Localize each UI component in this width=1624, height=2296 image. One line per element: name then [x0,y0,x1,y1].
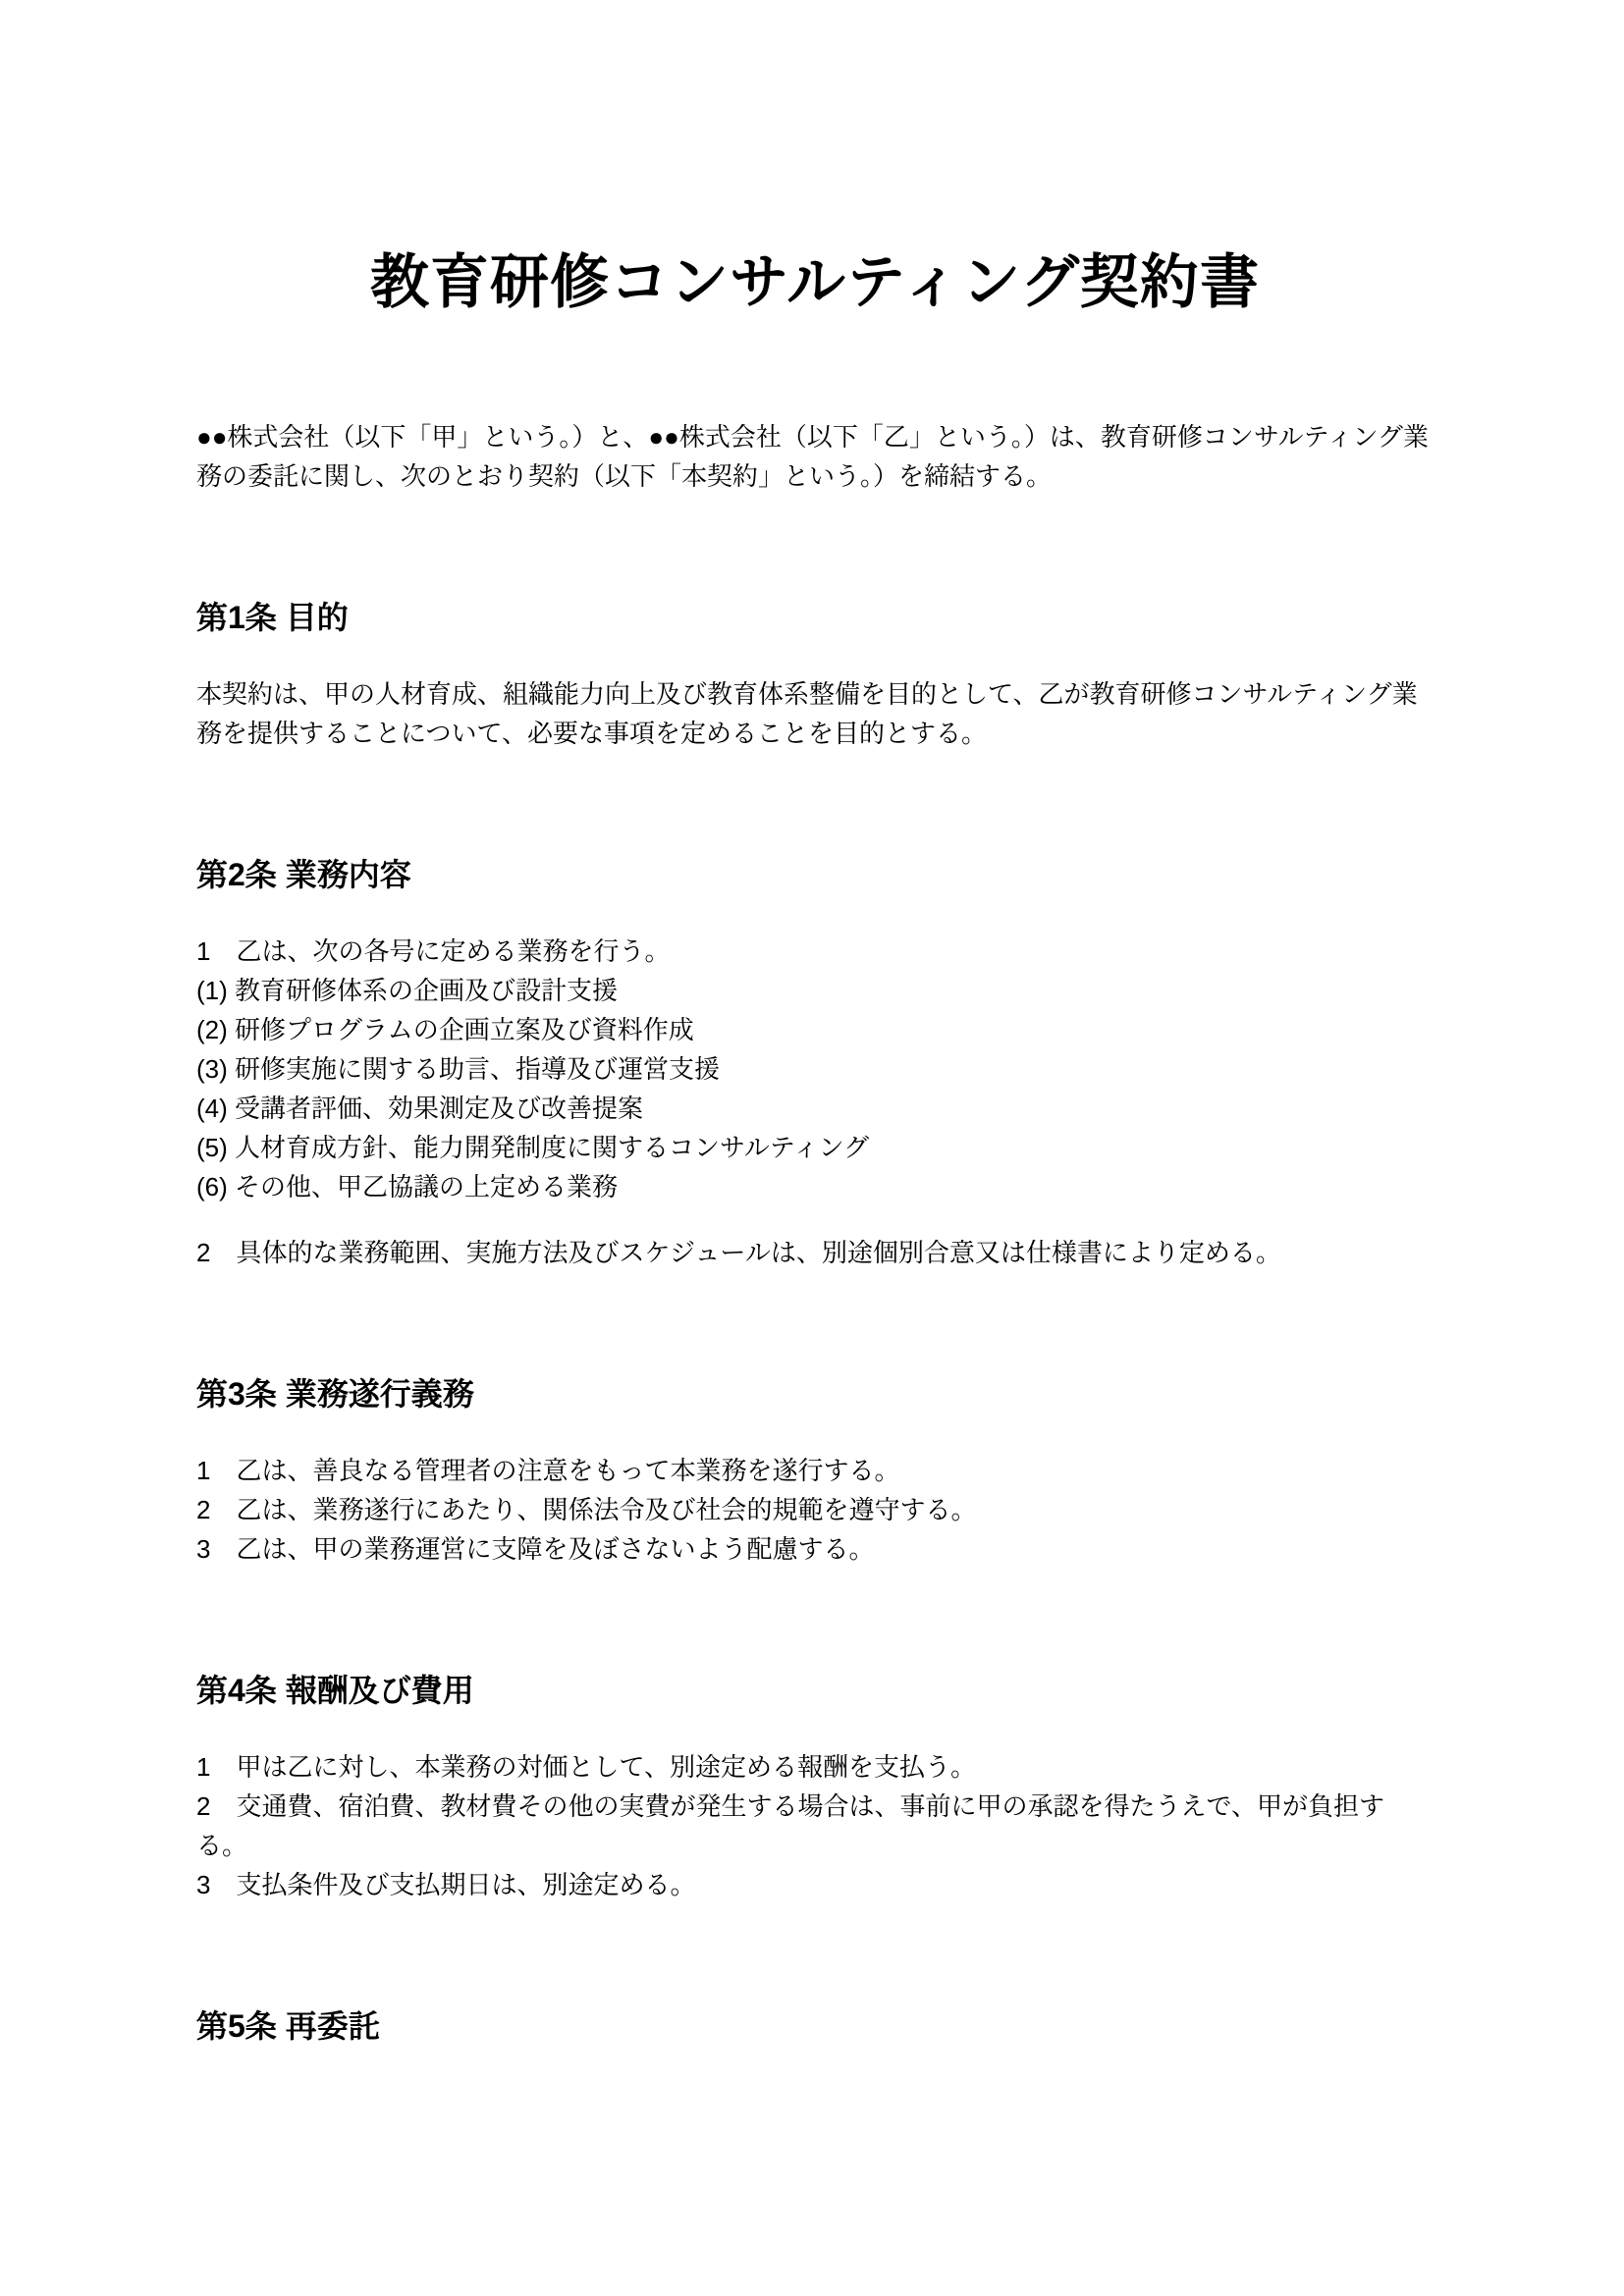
article-5-heading: 第5条 再委託 [196,2006,1434,2046]
article-2-item-6: (6) その他、甲乙協議の上定める業務 [196,1167,1434,1206]
article-2-scope-of-services: 第2条 業務内容 1 乙は、次の各号に定める業務を行う。 (1) 教育研修体系の… [196,855,1434,1272]
article-3-clause-2: 2 乙は、業務遂行にあたり、関係法令及び社会的規範を遵守する。 [196,1490,1434,1529]
article-2-item-2: (2) 研修プログラムの企画立案及び資料作成 [196,1010,1434,1049]
article-2-heading: 第2条 業務内容 [196,855,1434,894]
article-1-paragraph: 本契約は、甲の人材育成、組織能力向上及び教育体系整備を目的として、乙が教育研修コ… [196,674,1434,753]
article-3-duty-of-care: 第3条 業務遂行義務 1 乙は、善良なる管理者の注意をもって本業務を遂行する。 … [196,1374,1434,1569]
article-3-heading: 第3条 業務遂行義務 [196,1374,1434,1414]
article-4-clause-1: 1 甲は乙に対し、本業務の対価として、別途定める報酬を支払う。 [196,1747,1434,1787]
article-3-clause-3: 3 乙は、甲の業務運営に支障を及ぼさないよう配慮する。 [196,1529,1434,1569]
article-1-heading: 第1条 目的 [196,598,1434,637]
article-5-subcontracting: 第5条 再委託 [196,2006,1434,2046]
article-1-purpose: 第1条 目的 本契約は、甲の人材育成、組織能力向上及び教育体系整備を目的として、… [196,598,1434,753]
article-2-item-4: (4) 受講者評価、効果測定及び改善提案 [196,1089,1434,1128]
article-4-clause-2: 2 交通費、宿泊費、教材費その他の実費が発生する場合は、事前に甲の承認を得たうえ… [196,1787,1434,1865]
article-4-fees-and-expenses: 第4条 報酬及び費用 1 甲は乙に対し、本業務の対価として、別途定める報酬を支払… [196,1671,1434,1904]
article-2-item-5: (5) 人材育成方針、能力開発制度に関するコンサルティング [196,1128,1434,1167]
article-2-clause-2: 2 具体的な業務範囲、実施方法及びスケジュールは、別途個別合意又は仕様書により定… [196,1233,1434,1272]
contract-document-page: 教育研修コンサルティング契約書 ●●株式会社（以下「甲」という。）と、●●株式会… [0,0,1624,2296]
article-2-clause-1: 1 乙は、次の各号に定める業務を行う。 [196,932,1434,971]
article-2-item-3: (3) 研修実施に関する助言、指導及び運営支援 [196,1049,1434,1089]
document-title: 教育研修コンサルティング契約書 [196,245,1434,319]
preamble-paragraph: ●●株式会社（以下「甲」という。）と、●●株式会社（以下「乙」という。）は、教育… [196,417,1434,496]
article-4-clause-3: 3 支払条件及び支払期日は、別途定める。 [196,1865,1434,1904]
article-4-heading: 第4条 報酬及び費用 [196,1671,1434,1710]
article-2-item-1: (1) 教育研修体系の企画及び設計支援 [196,971,1434,1010]
article-3-clause-1: 1 乙は、善良なる管理者の注意をもって本業務を遂行する。 [196,1451,1434,1490]
